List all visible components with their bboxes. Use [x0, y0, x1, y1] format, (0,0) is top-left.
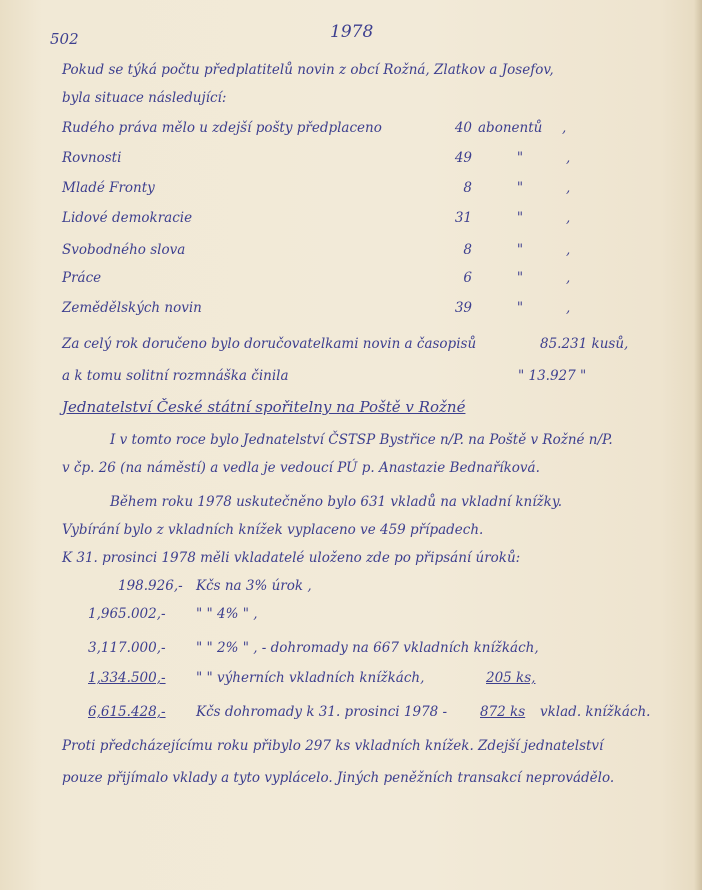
subscription-label: Lidové demokracie	[62, 210, 192, 226]
page-edge-shadow	[694, 0, 702, 890]
balance-desc: Kčs dohromady k 31. prosinci 1978 -	[196, 704, 447, 720]
paragraph-1-line-2: v čp. 26 (na náměstí) a vedla je vedoucí…	[62, 460, 540, 476]
subscription-count: 8	[432, 242, 472, 258]
subscription-unit: "	[510, 270, 530, 286]
balance-desc: " " 4% " ,	[196, 606, 258, 622]
subscription-count: 39	[432, 300, 472, 316]
section-heading: Jednatelství České státní spořitelny na …	[62, 398, 465, 416]
intro-line-2: byla situace následující:	[62, 90, 226, 106]
subscription-unit: "	[510, 210, 530, 226]
subscription-unit: "	[510, 242, 530, 258]
subscription-end: ,	[566, 210, 570, 226]
subscription-label: Zemědělských novin	[62, 300, 202, 316]
subscription-label: Rudého práva mělo u zdejší pošty předpla…	[62, 120, 382, 136]
balance-desc: " " výherních vkladních knížkách,	[196, 670, 424, 686]
paragraph-3-line-1: K 31. prosinci 1978 měli vkladatelé ulož…	[62, 550, 520, 566]
subscription-label: Svobodného slova	[62, 242, 185, 258]
subscription-end: ,	[566, 242, 570, 258]
subscription-end: ,	[562, 120, 566, 136]
subscription-count: 40	[432, 120, 472, 136]
balance-amount: 6,615.428,-	[88, 704, 166, 720]
subscription-label: Rovnosti	[62, 150, 121, 166]
balance-amount: 198.926,-	[118, 578, 183, 594]
balance-desc: Kčs na 3% úrok ,	[196, 578, 312, 594]
closing-line-2: pouze přijímalo vklady a tyto vyplácelo.…	[62, 770, 614, 786]
closing-line-1: Proti předcházejícímu roku přibylo 297 k…	[62, 738, 603, 754]
balance-amount: 1,965.002,-	[88, 606, 166, 622]
subscription-unit: abonentů	[478, 120, 542, 136]
balance-desc: " " 2% " , - dohromady na 667 vkladních …	[196, 640, 539, 656]
delivery-total: 85.231 kusů,	[540, 336, 628, 352]
subscription-label: Mladé Fronty	[62, 180, 155, 196]
subscription-end: ,	[566, 300, 570, 316]
balance-tail: vklad. knížkách.	[540, 704, 650, 720]
delivery-extra: " 13.927 "	[518, 368, 586, 384]
subscription-unit: "	[510, 300, 530, 316]
subscription-end: ,	[566, 180, 570, 196]
balance-amount: 1,334.500,-	[88, 670, 166, 686]
paragraph-2-line-1: Během roku 1978 uskutečněno bylo 631 vkl…	[110, 494, 562, 510]
balance-amount: 3,117.000,-	[88, 640, 166, 656]
delivery-line-1: Za celý rok doručeno bylo doručovatelkam…	[62, 336, 476, 352]
subscription-count: 49	[432, 150, 472, 166]
subscription-unit: "	[510, 150, 530, 166]
subscription-count: 8	[432, 180, 472, 196]
subscription-end: ,	[566, 270, 570, 286]
year-heading: 1978	[330, 22, 373, 42]
subscription-count: 31	[432, 210, 472, 226]
delivery-line-2: a k tomu solitní rozmnáška činila	[62, 368, 289, 384]
subscription-unit: "	[510, 180, 530, 196]
page-number: 502	[50, 30, 79, 48]
subscription-end: ,	[566, 150, 570, 166]
subscription-count: 6	[432, 270, 472, 286]
subscription-label: Práce	[62, 270, 101, 286]
paragraph-1-line-1: I v tomto roce bylo Jednatelství ČSTSP B…	[110, 432, 613, 448]
balance-extra: 205 ks,	[486, 670, 535, 686]
paragraph-2-line-2: Vybírání bylo z vkladních knížek vyplace…	[62, 522, 483, 538]
ledger-page: 502 1978 Pokud se týká počtu předplatite…	[0, 0, 702, 890]
balance-extra: 872 ks	[480, 704, 525, 720]
intro-line-1: Pokud se týká počtu předplatitelů novin …	[62, 62, 554, 78]
